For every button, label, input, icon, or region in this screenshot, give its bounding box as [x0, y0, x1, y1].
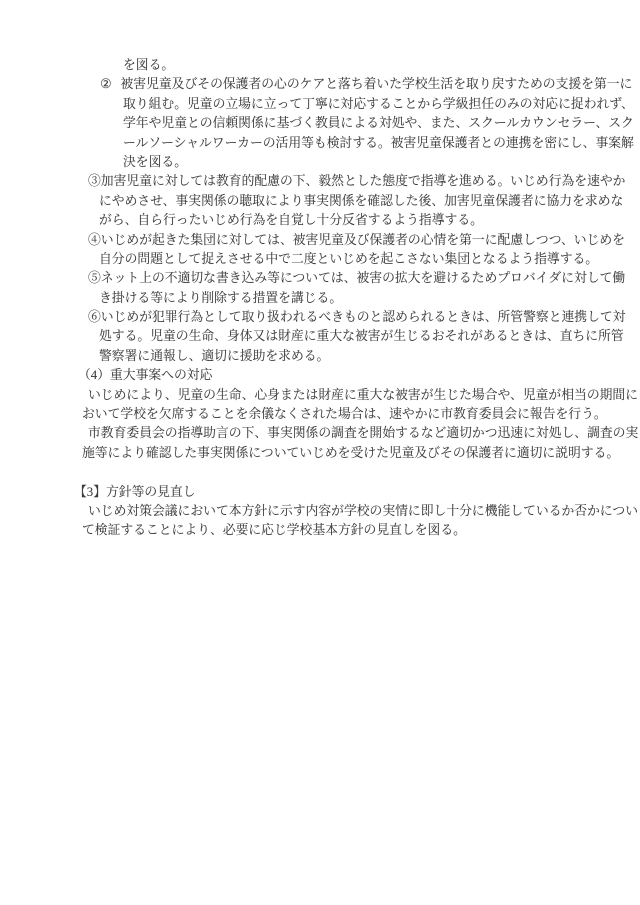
major-cases-para2-line-2: 施等により確認した事実関係についていじめを受けた児童及びその保護者に適切に説明す…: [82, 444, 640, 463]
list-item-6-line-3: 警察署に通報し、適切に援助を求める。: [99, 347, 640, 366]
list-item-6-line-1: ⑥いじめが犯罪行為として取り扱われるべきものと認められるときは、所管警察と連携し…: [88, 308, 640, 327]
list-marker-2: ②: [100, 77, 111, 91]
list-item-4-text: いじめが起きた集団に対しては、被害児童及び保護者の心情を第一に配慮しつつ、いじめ…: [101, 233, 625, 247]
carryover-line: を図る。: [123, 56, 640, 75]
document-body: を図る。 ②被害児童及びその保護者の心のケアと落ち着いた学校生活を取り戻すための…: [0, 56, 640, 541]
list-marker-5: ⑤: [88, 271, 101, 285]
list-item-5-line-1: ⑤ネット上の不適切な書き込み等については、被害の拡大を避けるためプロバイダに対し…: [88, 269, 640, 288]
policy-review-para-line-2: て検証することにより、必要に応じ学校基本方針の見直しを図る。: [82, 521, 640, 540]
major-cases-para2-line-1: 市教育委員会の指導助言の下、事実関係の調査を開始するなど適切かつ迅速に対処し、調…: [88, 424, 640, 443]
list-item-4-line-1: ④いじめが起きた集団に対しては、被害児童及び保護者の心情を第一に配慮しつつ、いじ…: [88, 231, 640, 250]
list-item-5-text: ネット上の不適切な書き込み等については、被害の拡大を避けるためプロバイダに対して…: [101, 271, 625, 285]
list-item-6-text: いじめが犯罪行為として取り扱われるべきものと認められるときは、所管警察と連携して…: [101, 310, 626, 324]
list-item-2-line-2: 取り組む。児童の立場に立って丁寧に対応することから学級担任のみの対応に捉われず、: [123, 95, 640, 114]
document-page: を図る。 ②被害児童及びその保護者の心のケアと落ち着いた学校生活を取り戻すための…: [0, 0, 640, 905]
list-item-2-line-4: ールソーシャルワーカーの活用等も検討する。被害児童保護者との連携を密にし、事案解: [123, 134, 640, 153]
list-item-5-line-2: き掛ける等により削除する措置を講じる。: [99, 289, 640, 308]
list-marker-6: ⑥: [88, 310, 101, 324]
major-cases-para1-line-1: いじめにより、児童の生命、心身または財産に重大な被害が生じた場合や、児童が相当の…: [88, 386, 640, 405]
list-item-3-line-1: ③加害児童に対しては教育的配慮の下、毅然とした態度で指導を進める。いじめ行為を速…: [88, 172, 640, 191]
list-item-2-line-3: 学年や児童との信頼関係に基づく教員による対処や、また、スクールカウンセラー、スク: [123, 114, 640, 133]
list-item-6-line-2: 処する。児童の生命、身体又は財産に重大な被害が生じるおそれがあるときは、直ちに所…: [99, 327, 640, 346]
list-marker-4: ④: [88, 233, 101, 247]
list-item-2-text: 被害児童及びその保護者の心のケアと落ち着いた学校生活を取り戻すための支援を第一に: [120, 77, 632, 91]
blank-line: [0, 463, 640, 482]
list-item-4-line-2: 自分の問題として捉えさせる中で二度といじめを起こさない集団となるよう指導する。: [99, 250, 640, 269]
policy-review-para-line-1: いじめ対策会議において本方針に示す内容が学校の実情に即し十分に機能しているか否か…: [88, 502, 640, 521]
list-item-3-text: 加害児童に対しては教育的配慮の下、毅然とした態度で指導を進める。いじめ行為を速や…: [101, 174, 626, 188]
list-item-3-line-2: にやめさせ、事実関係の聴取により事実関係を確認した後、加害児童保護者に協力を求め…: [99, 192, 640, 211]
section-heading-policy-review: 【3】方針等の見直し: [74, 483, 640, 502]
list-item-3-line-3: がら、自ら行ったいじめ行為を自覚し十分反省するよう指導する。: [99, 211, 640, 230]
list-item-2-line-5: 決を図る。: [123, 153, 640, 172]
list-marker-3: ③: [88, 174, 101, 188]
section-heading-major-cases: （4）重大事案への対応: [78, 366, 640, 385]
list-item-2-line-1: ②被害児童及びその保護者の心のケアと落ち着いた学校生活を取り戻すための支援を第一…: [100, 75, 640, 94]
major-cases-para1-line-2: おいて学校を欠席することを余儀なくされた場合は、速やかに市教育委員会に報告を行う…: [82, 405, 640, 424]
